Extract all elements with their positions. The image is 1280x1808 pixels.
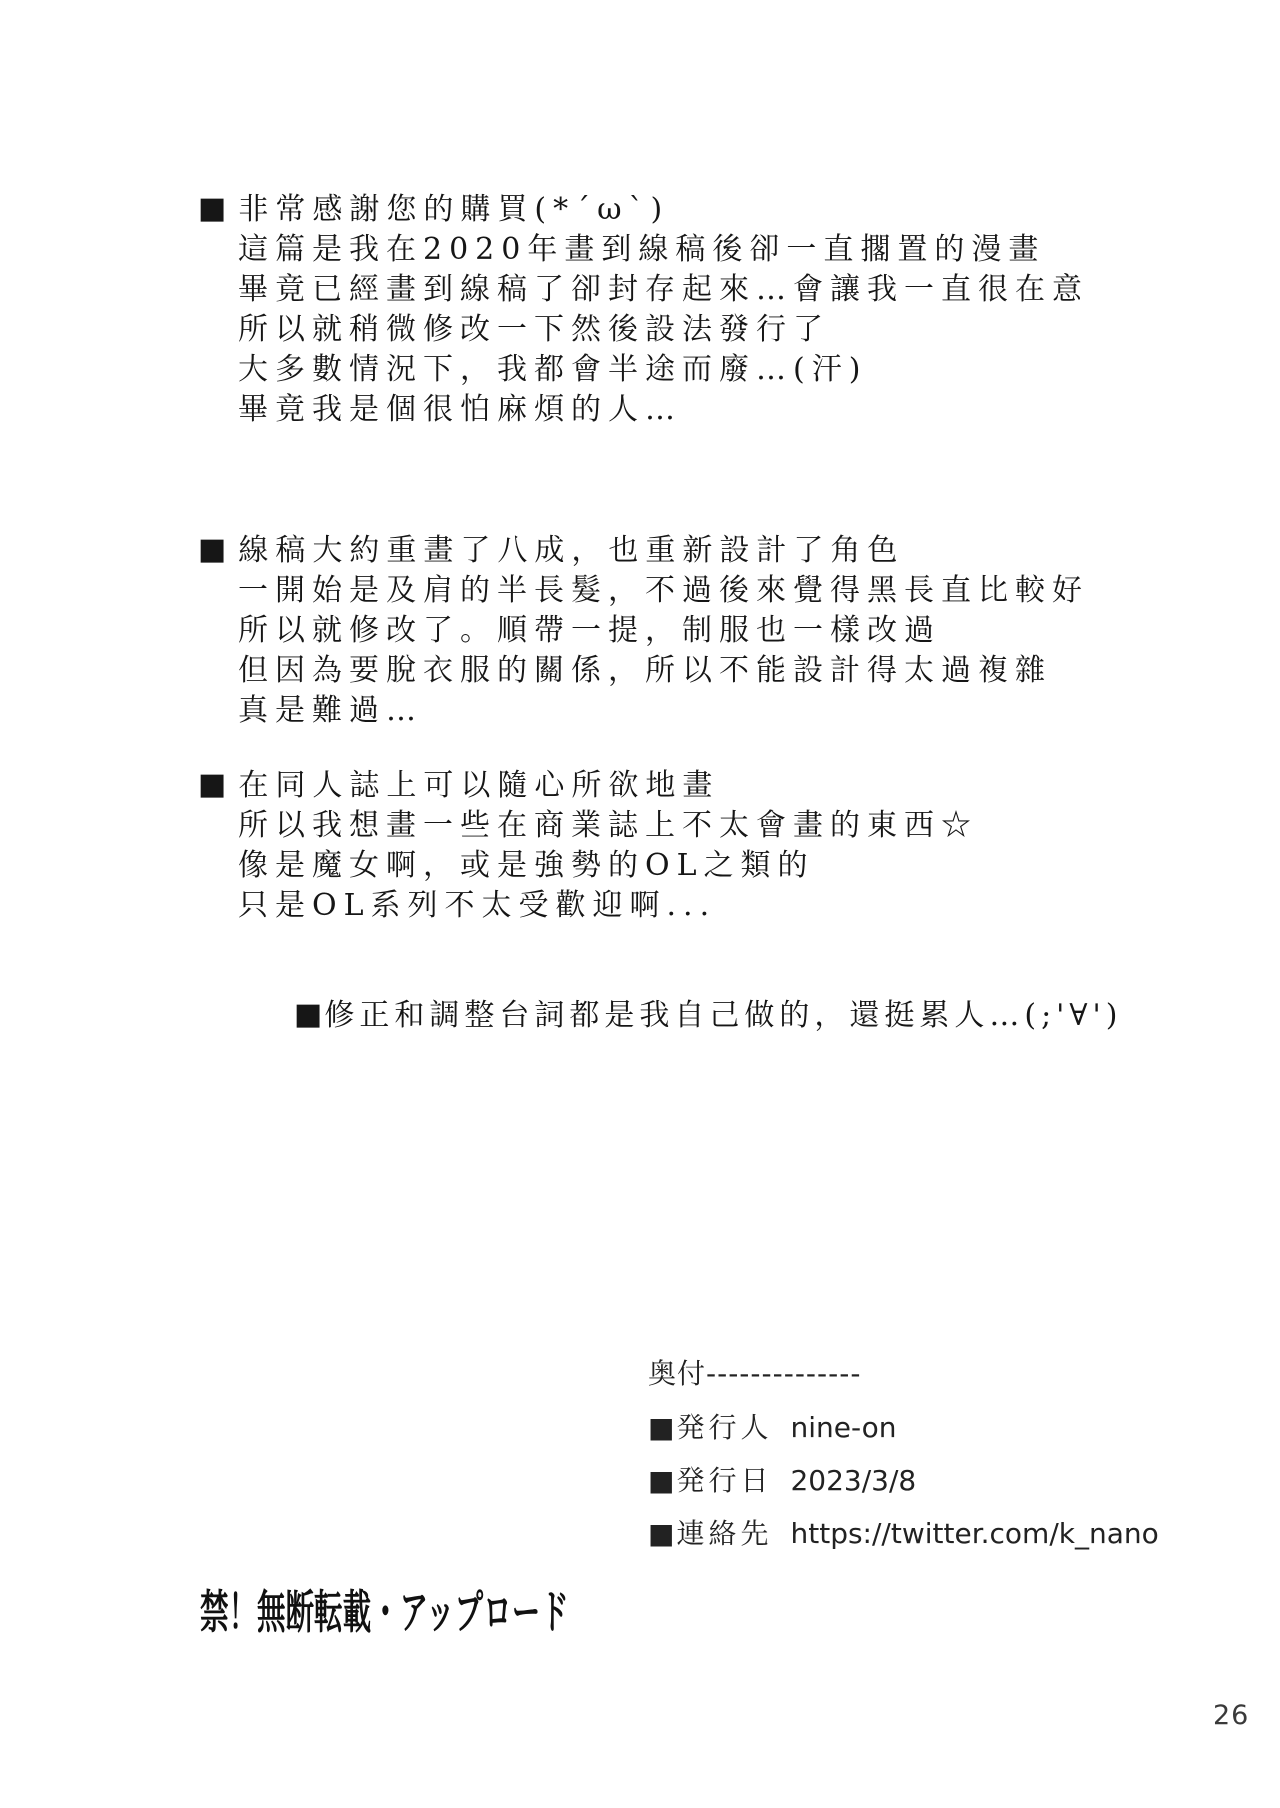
square-bullet-icon: ■: [648, 1411, 674, 1444]
square-bullet-icon: ■: [198, 765, 226, 805]
afterword-line: 真是難過…: [198, 691, 1089, 731]
publish-date-value: 2023/3/8: [790, 1464, 916, 1497]
afterword-line-text: 在同人誌上可以隨心所欲地畫: [238, 768, 719, 803]
publish-date-label: 発行日: [676, 1464, 772, 1497]
afterword-line-text: 線稿大約重畫了八成，也重新設計了角色: [238, 533, 904, 568]
square-bullet-icon: ■: [648, 1517, 674, 1550]
afterword-line: 但因為要脫衣服的關係，所以不能設計得太過複雜: [198, 651, 1089, 691]
afterword-line: 所以我想畫一些在商業誌上不太會畫的東西☆: [198, 806, 978, 846]
colophon: 奥付-------------- ■発行人nine-on ■発行日2023/3/…: [648, 1352, 1159, 1565]
colophon-date-row: ■発行日2023/3/8: [648, 1459, 1159, 1491]
afterword-line: 只是OL系列不太受歡迎啊...: [198, 886, 978, 926]
afterword-line: 這篇是我在2020年畫到線稿後卻一直擱置的漫畫: [198, 230, 1089, 270]
afterword-block-thanks: ■非常感謝您的購買(*´ω`) 這篇是我在2020年畫到線稿後卻一直擱置的漫畫 …: [198, 190, 1089, 430]
afterword-note-text: 修正和調整台詞都是我自己做的，還挺累人…(;'∀'): [324, 998, 1122, 1033]
afterword-line: 畢竟已經畫到線稿了卻封存起來…會讓我一直很在意: [198, 270, 1089, 310]
colophon-publisher-row: ■発行人nine-on: [648, 1406, 1159, 1438]
afterword-line: ■線稿大約重畫了八成，也重新設計了角色: [198, 531, 1089, 571]
afterword-line: 一開始是及肩的半長髮，不過後來覺得黑長直比較好: [198, 571, 1089, 611]
afterword-block-doujin: ■在同人誌上可以隨心所欲地畫 所以我想畫一些在商業誌上不太會畫的東西☆ 像是魔女…: [198, 766, 978, 926]
publisher-value: nine-on: [790, 1411, 896, 1444]
page-number: 26: [1213, 1700, 1249, 1731]
afterword-block-lineart: ■線稿大約重畫了八成，也重新設計了角色 一開始是及肩的半長髮，不過後來覺得黑長直…: [198, 531, 1089, 731]
square-bullet-icon: ■: [198, 189, 226, 229]
colophon-contact-row: ■連絡先https://twitter.com/k_nano: [648, 1512, 1159, 1544]
afterword-line-text: 非常感謝您的購買(*´ω`): [238, 192, 669, 227]
contact-url[interactable]: https://twitter.com/k_nano: [790, 1517, 1158, 1550]
colophon-title: 奥付--------------: [648, 1352, 1159, 1382]
publisher-label: 発行人: [676, 1411, 772, 1444]
contact-label: 連絡先: [676, 1517, 772, 1550]
afterword-line: 所以就稍微修改一下然後設法發行了: [198, 310, 1089, 350]
afterword-line: ■非常感謝您的購買(*´ω`): [198, 190, 1089, 230]
afterword-line: 大多數情況下，我都會半途而廢…(汗): [198, 350, 1089, 390]
no-repost-warning: 禁！無断転載・アップロード: [200, 1576, 569, 1642]
square-bullet-icon: ■: [648, 1464, 674, 1497]
square-bullet-icon: ■: [294, 995, 322, 1035]
afterword-note: ■修正和調整台詞都是我自己做的，還挺累人…(;'∀'): [294, 996, 1122, 1036]
afterword-line: 像是魔女啊，或是強勢的OL之類的: [198, 846, 978, 886]
afterword-line: 所以就修改了。順帶一提，制服也一樣改過: [198, 611, 1089, 651]
afterword-page: ■非常感謝您的購買(*´ω`) 這篇是我在2020年畫到線稿後卻一直擱置的漫畫 …: [0, 0, 1280, 1808]
afterword-line: ■在同人誌上可以隨心所欲地畫: [198, 766, 978, 806]
afterword-line: 畢竟我是個很怕麻煩的人…: [198, 390, 1089, 430]
square-bullet-icon: ■: [198, 530, 226, 570]
